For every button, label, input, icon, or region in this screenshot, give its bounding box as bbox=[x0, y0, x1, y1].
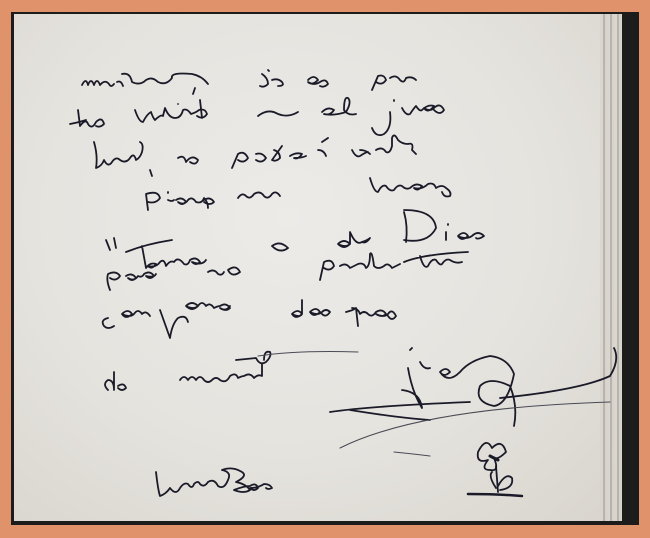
handwriting-ink bbox=[0, 0, 650, 538]
